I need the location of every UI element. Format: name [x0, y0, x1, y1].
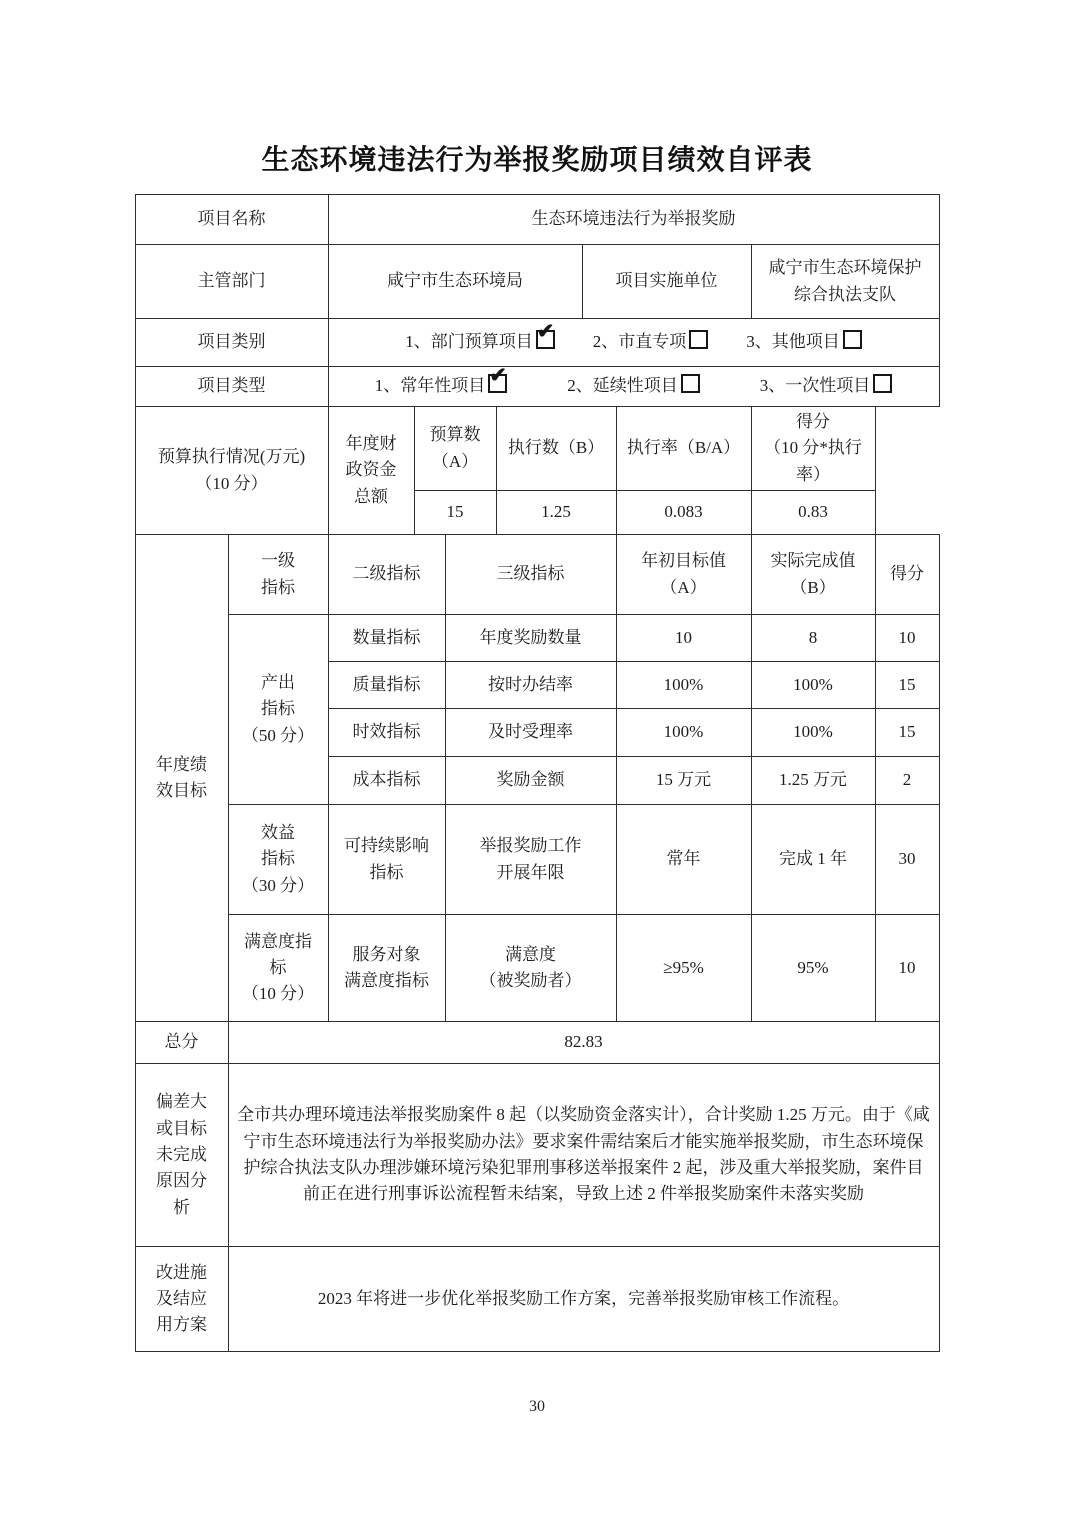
annual-fund-label: 年度财 政资金 总额: [328, 407, 414, 535]
impl-unit-label: 项目实施单位: [582, 245, 751, 319]
option-continuing-text: 2、延续性项目: [567, 376, 678, 395]
option-city-special-text: 2、市直专项: [593, 332, 687, 351]
level1-indicator-header: 一级 指标: [228, 535, 328, 615]
quantity-actual: 8: [751, 615, 875, 662]
option-other-project: 3、其他项目: [746, 329, 862, 355]
option-other-project-text: 3、其他项目: [746, 332, 840, 351]
improvement-plan-label: 改进施 及结应 用方案: [135, 1247, 228, 1352]
cost-actual: 1.25 万元: [751, 757, 875, 805]
project-name-label: 项目名称: [135, 195, 328, 245]
option-one-time: 3、一次性项目: [760, 373, 893, 399]
service-satisfaction-name: 满意度 （被奖励者）: [445, 915, 616, 1022]
project-name-value: 生态环境违法行为举报奖励: [328, 195, 939, 245]
option-city-special: 2、市直专项: [593, 329, 709, 355]
budget-amount-header: 预算数 （A）: [414, 407, 496, 491]
exec-amount-value: 1.25: [496, 491, 616, 535]
total-score-value: 82.83: [228, 1022, 939, 1064]
improvement-plan-text: 2023 年将进一步优化举报奖励工作方案，完善举报奖励审核工作流程。: [228, 1247, 939, 1352]
table-row: 效益 指标 （30 分） 可持续影响 指标 举报奖励工作 开展年限 常年 完成 …: [135, 805, 939, 915]
exec-rate-header: 执行率（B/A）: [616, 407, 751, 491]
timeliness-indicator-label: 时效指标: [328, 709, 445, 757]
quantity-score: 10: [875, 615, 939, 662]
quantity-target: 10: [616, 615, 751, 662]
dept-label: 主管部门: [135, 245, 328, 319]
cost-indicator-name: 奖励金额: [445, 757, 616, 805]
impl-unit-value: 咸宁市生态环境保护 综合执法支队: [751, 245, 939, 319]
budget-exec-label: 预算执行情况(万元) （10 分）: [135, 407, 328, 535]
quantity-indicator-name: 年度奖励数量: [445, 615, 616, 662]
exec-amount-header: 执行数（B）: [496, 407, 616, 491]
quality-score: 15: [875, 662, 939, 709]
cost-indicator-label: 成本指标: [328, 757, 445, 805]
satisfaction-indicator-group: 满意度指 标 （10 分）: [228, 915, 328, 1022]
type-options: 1、常年性项目✔ 2、延续性项目 3、一次性项目: [328, 367, 939, 407]
cost-target: 15 万元: [616, 757, 751, 805]
level3-indicator-header: 三级指标: [445, 535, 616, 615]
timeliness-target: 100%: [616, 709, 751, 757]
quantity-indicator-label: 数量指标: [328, 615, 445, 662]
timeliness-actual: 100%: [751, 709, 875, 757]
checkbox-checked-icon: ✔: [488, 374, 507, 393]
option-one-time-text: 3、一次性项目: [760, 376, 871, 395]
benefit-indicator-group: 效益 指标 （30 分）: [228, 805, 328, 915]
quality-target: 100%: [616, 662, 751, 709]
checkbox-unchecked-icon: [689, 330, 708, 349]
exec-rate-value: 0.083: [616, 491, 751, 535]
table-row: 产出 指标 （50 分） 数量指标 年度奖励数量 10 8 10: [135, 615, 939, 662]
option-dept-budget: 1、部门预算项目✔: [405, 329, 555, 355]
checkbox-checked-icon: ✔: [536, 330, 555, 349]
sustainability-indicator-name: 举报奖励工作 开展年限: [445, 805, 616, 915]
option-perennial: 1、常年性项目✔: [375, 373, 508, 399]
deviation-analysis-label: 偏差大 或目标 未完成 原因分 析: [135, 1064, 228, 1247]
quality-actual: 100%: [751, 662, 875, 709]
type-label: 项目类型: [135, 367, 328, 407]
score-header: 得分: [875, 535, 939, 615]
quality-indicator-label: 质量指标: [328, 662, 445, 709]
timeliness-indicator-name: 及时受理率: [445, 709, 616, 757]
dept-value: 咸宁市生态环境局: [328, 245, 582, 319]
option-dept-budget-text: 1、部门预算项目: [405, 332, 533, 351]
performance-self-evaluation-table: 项目名称 生态环境违法行为举报奖励 主管部门 咸宁市生态环境局 项目实施单位 咸…: [135, 194, 940, 1352]
budget-score-value: 0.83: [751, 491, 875, 535]
checkbox-unchecked-icon: [843, 330, 862, 349]
deviation-analysis-text: 全市共办理环境违法举报奖励案件 8 起（以奖励资金落实计），合计奖励 1.25 …: [228, 1064, 939, 1247]
timeliness-score: 15: [875, 709, 939, 757]
service-satisfaction-label: 服务对象 满意度指标: [328, 915, 445, 1022]
annual-perf-goal-label: 年度绩 效目标: [135, 535, 228, 1022]
satisfaction-actual: 95%: [751, 915, 875, 1022]
sustainability-actual: 完成 1 年: [751, 805, 875, 915]
sustainability-score: 30: [875, 805, 939, 915]
table-row: 满意度指 标 （10 分） 服务对象 满意度指标 满意度 （被奖励者） ≥95%…: [135, 915, 939, 1022]
total-score-label: 总分: [135, 1022, 228, 1064]
quality-indicator-name: 按时办结率: [445, 662, 616, 709]
level2-indicator-header: 二级指标: [328, 535, 445, 615]
option-continuing: 2、延续性项目: [567, 373, 700, 399]
document-page: 生态环境违法行为举报奖励项目绩效自评表 项目名称 生态环境违法行为举报奖励 主管…: [0, 0, 1074, 1520]
satisfaction-score: 10: [875, 915, 939, 1022]
page-number: 30: [0, 1398, 1074, 1416]
checkbox-unchecked-icon: [873, 374, 892, 393]
output-indicator-group: 产出 指标 （50 分）: [228, 615, 328, 805]
target-value-header: 年初目标值 （A）: [616, 535, 751, 615]
checkbox-unchecked-icon: [681, 374, 700, 393]
cost-score: 2: [875, 757, 939, 805]
sustainability-indicator-label: 可持续影响 指标: [328, 805, 445, 915]
actual-value-header: 实际完成值 （B）: [751, 535, 875, 615]
budget-amount-value: 15: [414, 491, 496, 535]
satisfaction-target: ≥95%: [616, 915, 751, 1022]
page-title: 生态环境违法行为举报奖励项目绩效自评表: [0, 0, 1074, 178]
option-perennial-text: 1、常年性项目: [375, 376, 486, 395]
sustainability-target: 常年: [616, 805, 751, 915]
category-options: 1、部门预算项目✔ 2、市直专项 3、其他项目: [328, 319, 939, 367]
budget-score-header: 得分 （10 分*执行率）: [751, 407, 875, 491]
category-label: 项目类别: [135, 319, 328, 367]
